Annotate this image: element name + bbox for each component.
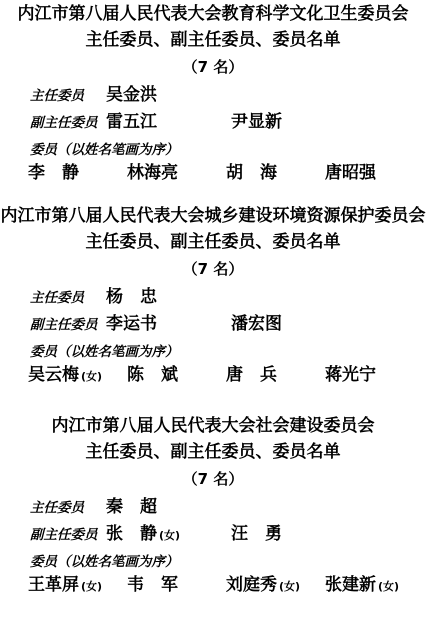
committee-subtitle: 主任委员、副主任委员、委员名单 bbox=[0, 438, 426, 466]
vice-chairman-label: 副主任委员 bbox=[30, 312, 106, 339]
person-name: 汪 勇 bbox=[231, 520, 356, 549]
vice-chairman-label: 副主任委员 bbox=[30, 110, 106, 137]
section-spacer bbox=[0, 406, 426, 414]
person-name: 唐 兵 bbox=[226, 364, 325, 388]
member-count: （7 名） bbox=[0, 466, 426, 493]
chairman-row: 主任委员 秦 超 bbox=[0, 493, 426, 520]
member-count: （7 名） bbox=[0, 54, 426, 81]
person-name: 陈 斌 bbox=[127, 364, 226, 388]
vice-chairman-row: 副主任委员 雷五江 尹显新 bbox=[0, 108, 426, 135]
chairman-row: 主任委员 杨 忠 bbox=[0, 283, 426, 310]
members-row: 李 静 林海亮 胡 海 唐昭强 bbox=[0, 162, 426, 186]
person-name: 唐昭强 bbox=[325, 162, 424, 186]
committee-section-social-construction: 内江市第八届人民代表大会社会建设委员会 主任委员、副主任委员、委员名单 （7 名… bbox=[0, 414, 426, 598]
person-name: 秦 超 bbox=[106, 493, 231, 522]
section-spacer bbox=[0, 388, 426, 406]
committee-title: 内江市第八届人民代表大会社会建设委员会 bbox=[0, 414, 426, 438]
chairman-label: 主任委员 bbox=[30, 285, 106, 312]
person-name: 王革屏(女) bbox=[28, 574, 127, 598]
person-name: 吴云梅(女) bbox=[28, 364, 127, 388]
person-name: 尹显新 bbox=[231, 108, 356, 137]
vice-chairman-row: 副主任委员 李运书 潘宏图 bbox=[0, 310, 426, 337]
person-name: 杨 忠 bbox=[106, 283, 231, 312]
person-name: 胡 海 bbox=[226, 162, 325, 186]
vice-chairman-row: 副主任委员 张 静(女) 汪 勇 bbox=[0, 520, 426, 547]
members-label-row: 委员（以姓名笔画为序） bbox=[0, 547, 426, 574]
person-name: 潘宏图 bbox=[231, 310, 356, 339]
person-name: 韦 军 bbox=[127, 574, 226, 598]
person-name: 刘庭秀(女) bbox=[226, 574, 325, 598]
members-label: 委员（以姓名笔画为序） bbox=[30, 344, 179, 360]
section-spacer bbox=[0, 186, 426, 204]
members-row: 王革屏(女) 韦 军 刘庭秀(女) 张建新(女) bbox=[0, 574, 426, 598]
person-name: 蒋光宁 bbox=[325, 364, 424, 388]
person-name: 张 静(女) bbox=[106, 520, 231, 549]
committee-section-urban-rural-environment: 内江市第八届人民代表大会城乡建设环境资源保护委员会 主任委员、副主任委员、委员名… bbox=[0, 204, 426, 388]
members-label-row: 委员（以姓名笔画为序） bbox=[0, 135, 426, 162]
person-name: 张建新(女) bbox=[325, 574, 424, 598]
chairman-row: 主任委员 吴金洪 bbox=[0, 81, 426, 108]
person-name: 吴金洪 bbox=[106, 81, 231, 110]
person-name: 雷五江 bbox=[106, 108, 231, 137]
chairman-label: 主任委员 bbox=[30, 83, 106, 110]
members-row: 吴云梅(女) 陈 斌 唐 兵 蒋光宁 bbox=[0, 364, 426, 388]
members-label: 委员（以姓名笔画为序） bbox=[30, 142, 179, 158]
person-name: 林海亮 bbox=[127, 162, 226, 186]
person-name: 李 静 bbox=[28, 162, 127, 186]
committee-title: 内江市第八届人民代表大会教育科学文化卫生委员会 bbox=[0, 2, 426, 26]
committee-subtitle: 主任委员、副主任委员、委员名单 bbox=[0, 26, 426, 54]
vice-chairman-label: 副主任委员 bbox=[30, 522, 106, 549]
committee-section-education-science-culture-health: 内江市第八届人民代表大会教育科学文化卫生委员会 主任委员、副主任委员、委员名单 … bbox=[0, 2, 426, 186]
committee-subtitle: 主任委员、副主任委员、委员名单 bbox=[0, 228, 426, 256]
member-count: （7 名） bbox=[0, 256, 426, 283]
committee-title: 内江市第八届人民代表大会城乡建设环境资源保护委员会 bbox=[0, 204, 426, 228]
person-name: 李运书 bbox=[106, 310, 231, 339]
members-label-row: 委员（以姓名笔画为序） bbox=[0, 337, 426, 364]
chairman-label: 主任委员 bbox=[30, 495, 106, 522]
members-label: 委员（以姓名笔画为序） bbox=[30, 554, 179, 570]
document-page: 内江市第八届人民代表大会教育科学文化卫生委员会 主任委员、副主任委员、委员名单 … bbox=[0, 0, 426, 598]
